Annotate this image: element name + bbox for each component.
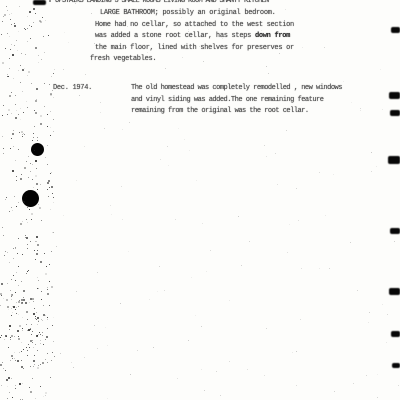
noise-speck (17, 50, 18, 51)
noise-speck (35, 100, 37, 102)
noise-speck (11, 335, 13, 337)
noise-speck (15, 95, 16, 96)
noise-speck (13, 275, 14, 276)
noise-speck (20, 108, 21, 109)
noise-speck (32, 378, 33, 379)
noise-speck (38, 62, 39, 63)
scan-artifact (389, 288, 400, 295)
noise-speck (261, 30, 262, 31)
noise-speck (47, 126, 48, 127)
noise-speck (18, 266, 19, 267)
noise-speck (71, 362, 72, 363)
noise-speck (104, 128, 105, 129)
noise-speck (100, 112, 101, 113)
noise-speck (33, 22, 34, 23)
noise-speck (266, 328, 267, 329)
noise-speck (23, 299, 25, 301)
noise-speck (178, 128, 179, 129)
noise-speck (63, 215, 64, 216)
noise-speck (21, 351, 22, 352)
noise-speck (20, 119, 21, 120)
noise-speck (14, 352, 15, 353)
noise-speck (32, 179, 33, 180)
scan-artifact (389, 92, 400, 99)
noise-speck (21, 360, 22, 361)
noise-speck (53, 73, 54, 74)
noise-speck (6, 379, 8, 381)
noise-speck (264, 145, 265, 146)
typewritten-line: and vinyl siding was added.The one remai… (131, 96, 323, 104)
noise-speck (53, 119, 54, 120)
noise-speck (43, 305, 44, 306)
scan-artifact (392, 363, 400, 368)
noise-speck (10, 290, 11, 291)
noise-speck (32, 342, 33, 343)
noise-speck (44, 52, 45, 53)
noise-speck (41, 59, 42, 60)
noise-speck (39, 332, 40, 333)
noise-speck (7, 398, 8, 399)
noise-speck (97, 272, 98, 273)
scan-artifact (33, 0, 46, 5)
noise-speck (11, 24, 12, 25)
noise-speck (14, 196, 15, 197)
noise-speck (54, 356, 55, 357)
noise-speck (21, 53, 22, 54)
noise-speck (20, 65, 21, 66)
noise-speck (11, 138, 12, 139)
noise-speck (33, 301, 34, 302)
noise-speck (10, 148, 11, 149)
noise-speck (302, 47, 303, 48)
noise-speck (47, 319, 48, 320)
noise-speck (50, 173, 51, 174)
noise-speck (30, 38, 31, 39)
noise-speck (35, 259, 36, 260)
noise-speck (9, 325, 11, 327)
noise-speck (15, 160, 16, 161)
noise-speck (229, 300, 230, 301)
noise-speck (29, 209, 30, 210)
noise-speck (16, 302, 17, 303)
noise-speck (31, 213, 33, 215)
noise-speck (122, 219, 123, 220)
noise-speck (127, 26, 128, 27)
noise-speck (50, 209, 51, 210)
noise-speck (11, 355, 13, 357)
noise-speck (3, 153, 4, 154)
typewritten-line: Home had no cellar, so attached to the w… (95, 21, 294, 29)
noise-speck (382, 304, 383, 305)
noise-speck (0, 305, 1, 306)
noise-speck (50, 111, 51, 112)
noise-speck (41, 319, 42, 320)
noise-speck (126, 47, 127, 48)
noise-speck (396, 230, 397, 231)
noise-speck (28, 156, 29, 157)
noise-speck (216, 371, 217, 372)
noise-speck (34, 364, 35, 365)
noise-speck (8, 76, 9, 77)
noise-speck (26, 196, 27, 197)
noise-speck (160, 159, 161, 160)
typewritten-line-prefix: was added a stone root cellar, has steps (95, 32, 255, 40)
noise-speck (188, 29, 189, 30)
noise-speck (37, 288, 38, 289)
noise-speck (296, 351, 297, 352)
noise-speck (0, 337, 1, 338)
noise-speck (35, 175, 37, 177)
noise-speck (25, 237, 26, 238)
noise-speck (16, 272, 17, 273)
noise-speck (56, 246, 57, 247)
noise-speck (3, 148, 4, 149)
noise-speck (42, 17, 43, 18)
noise-speck (20, 223, 22, 225)
noise-speck (35, 318, 36, 319)
noise-speck (33, 133, 34, 134)
noise-speck (11, 294, 13, 296)
noise-speck (29, 387, 30, 388)
noise-speck (49, 0, 51, 2)
typewritten-line: The old homestead was completely remodel… (131, 84, 342, 92)
noise-speck (277, 184, 278, 185)
noise-speck (75, 3, 76, 4)
noise-speck (51, 360, 52, 361)
noise-speck (26, 101, 27, 102)
noise-speck (23, 290, 25, 292)
noise-speck (38, 280, 39, 281)
noise-speck (167, 146, 168, 147)
noise-speck (27, 330, 28, 331)
noise-speck (195, 315, 196, 316)
noise-speck (2, 362, 3, 363)
noise-speck (16, 40, 17, 41)
noise-speck (15, 280, 16, 281)
scanned-document-page: UPSTAIRS LANDING 3 SMALL ROOMS LIVING RO… (0, 0, 400, 400)
noise-speck (29, 11, 31, 13)
noise-speck (8, 309, 9, 310)
noise-speck (36, 99, 37, 100)
noise-speck (40, 115, 42, 117)
noise-speck (201, 326, 202, 327)
noise-speck (34, 355, 35, 356)
typewritten-line: was added a stone root cellar, has steps… (95, 32, 290, 40)
noise-speck (16, 180, 17, 181)
noise-speck (38, 55, 39, 56)
noise-speck (319, 172, 320, 173)
noise-speck (49, 84, 50, 85)
noise-speck (27, 16, 28, 17)
noise-speck (7, 306, 9, 308)
noise-speck (52, 232, 53, 233)
noise-speck (3, 235, 4, 236)
noise-speck (10, 19, 11, 20)
noise-speck (18, 202, 19, 203)
noise-speck (27, 350, 28, 351)
noise-speck (1, 283, 3, 285)
noise-speck (50, 135, 51, 136)
noise-speck (16, 110, 17, 111)
noise-speck (21, 131, 23, 133)
noise-speck (165, 68, 166, 69)
noise-speck (35, 13, 36, 14)
noise-speck (53, 232, 54, 233)
noise-speck (368, 322, 369, 323)
noise-speck (14, 358, 15, 359)
noise-speck (164, 290, 165, 291)
noise-speck (94, 325, 95, 326)
noise-speck (20, 178, 22, 180)
noise-speck (32, 140, 33, 141)
noise-speck (79, 95, 80, 96)
noise-speck (18, 149, 19, 150)
noise-speck (42, 0, 44, 2)
noise-speck (33, 347, 34, 348)
noise-speck (21, 366, 23, 368)
noise-speck (333, 174, 334, 175)
noise-speck (6, 197, 7, 198)
noise-speck (149, 299, 150, 300)
entry-date-label: Dec. 1974. (53, 84, 92, 92)
noise-speck (15, 360, 16, 361)
noise-speck (45, 273, 47, 275)
noise-speck (37, 189, 38, 190)
noise-speck (18, 314, 19, 315)
noise-speck (38, 365, 39, 366)
noise-speck (17, 360, 19, 362)
noise-speck (41, 220, 42, 221)
noise-speck (47, 145, 48, 146)
noise-speck (42, 332, 43, 333)
noise-speck (32, 298, 34, 300)
noise-speck (157, 291, 158, 292)
noise-speck (12, 397, 13, 398)
noise-speck (28, 270, 29, 271)
noise-speck (220, 395, 221, 396)
noise-speck (47, 362, 48, 363)
noise-speck (24, 28, 25, 29)
noise-speck (394, 241, 395, 242)
noise-speck (11, 13, 12, 14)
noise-speck (51, 251, 52, 252)
noise-speck (264, 375, 265, 376)
noise-speck (8, 109, 10, 111)
noise-speck (107, 345, 108, 346)
noise-speck (247, 369, 248, 370)
noise-speck (47, 293, 49, 295)
noise-speck (40, 123, 42, 125)
noise-speck (22, 302, 23, 303)
noise-speck (153, 347, 154, 348)
noise-speck (18, 31, 19, 32)
noise-speck (324, 47, 325, 48)
noise-speck (31, 324, 32, 325)
noise-speck (14, 336, 15, 337)
noise-speck (37, 137, 38, 138)
noise-speck (7, 33, 8, 34)
noise-speck (18, 285, 19, 286)
noise-speck (203, 107, 204, 108)
noise-speck (31, 26, 32, 27)
noise-speck (33, 187, 34, 188)
noise-speck (289, 224, 290, 225)
noise-speck (3, 105, 4, 106)
noise-speck (22, 221, 23, 222)
noise-speck (53, 131, 54, 132)
noise-speck (18, 238, 19, 239)
noise-speck (188, 31, 189, 32)
noise-speck (64, 32, 65, 33)
noise-speck (31, 83, 32, 84)
noise-speck (28, 71, 30, 73)
noise-speck (48, 196, 49, 197)
noise-speck (137, 350, 138, 351)
noise-speck (229, 361, 230, 362)
noise-speck (76, 291, 77, 292)
noise-speck (20, 82, 21, 83)
noise-speck (8, 347, 9, 348)
noise-speck (37, 350, 38, 351)
noise-speck (29, 302, 30, 303)
noise-speck (19, 383, 21, 385)
noise-speck (30, 329, 31, 330)
noise-speck (11, 92, 12, 93)
noise-speck (343, 81, 344, 82)
noise-speck (36, 168, 37, 169)
noise-speck (18, 70, 19, 71)
noise-speck (18, 306, 19, 307)
noise-speck (22, 69, 24, 71)
noise-speck (287, 252, 288, 253)
scan-artifact (390, 110, 400, 116)
noise-speck (45, 339, 46, 340)
noise-speck (43, 396, 44, 397)
noise-speck (11, 299, 12, 300)
noise-speck (42, 362, 44, 364)
noise-speck (16, 176, 17, 177)
noise-speck (35, 112, 37, 114)
noise-speck (201, 369, 202, 370)
noise-speck (6, 299, 8, 301)
noise-speck (42, 335, 43, 336)
noise-speck (3, 16, 4, 17)
noise-speck (14, 45, 15, 46)
noise-speck (34, 126, 35, 127)
scan-artifact (388, 156, 400, 164)
noise-speck (63, 69, 64, 70)
noise-speck (76, 180, 77, 181)
noise-speck (0, 293, 2, 295)
noise-speck (168, 165, 169, 166)
noise-speck (175, 219, 176, 220)
noise-speck (0, 364, 2, 366)
noise-speck (4, 14, 6, 16)
noise-speck (47, 353, 48, 354)
noise-speck (11, 279, 12, 280)
noise-speck (53, 97, 54, 98)
noise-speck (128, 251, 129, 252)
noise-speck (27, 28, 28, 29)
noise-speck (11, 113, 12, 114)
noise-speck (23, 201, 25, 203)
noise-speck (35, 344, 36, 345)
typewritten-line: LARGE BATHROOM; possibly an original bed… (100, 9, 276, 17)
noise-speck (48, 35, 49, 36)
noise-speck (30, 298, 32, 300)
noise-speck (9, 329, 10, 330)
noise-speck (2, 136, 3, 137)
noise-speck (6, 6, 7, 7)
noise-speck (45, 315, 46, 316)
noise-speck (37, 367, 39, 369)
noise-speck (25, 302, 27, 304)
noise-speck (7, 74, 8, 75)
noise-speck (13, 258, 14, 259)
noise-speck (2, 115, 3, 116)
noise-speck (26, 237, 28, 239)
noise-speck (35, 160, 37, 162)
noise-speck (47, 289, 48, 290)
noise-speck (12, 312, 13, 313)
noise-speck (10, 339, 11, 340)
noise-speck (121, 186, 122, 187)
noise-speck (47, 114, 48, 115)
noise-speck (22, 254, 23, 255)
noise-speck (60, 353, 61, 354)
noise-speck (275, 153, 276, 154)
noise-speck (27, 107, 28, 108)
noise-speck (34, 250, 35, 251)
noise-speck (24, 68, 25, 69)
noise-speck (40, 334, 41, 335)
noise-speck (1, 385, 2, 386)
noise-speck (7, 10, 8, 11)
noise-speck (27, 355, 28, 356)
noise-speck (19, 6, 20, 7)
noise-speck (1, 335, 2, 336)
noise-speck (35, 398, 36, 399)
noise-speck (26, 347, 27, 348)
noise-speck (222, 38, 223, 39)
noise-speck (369, 312, 370, 313)
noise-speck (30, 340, 32, 342)
noise-speck (19, 132, 20, 133)
noise-speck (46, 336, 48, 338)
noise-speck (30, 163, 31, 164)
noise-speck (27, 248, 28, 249)
noise-speck (15, 292, 16, 293)
noise-speck (26, 161, 27, 162)
noise-speck (45, 20, 46, 21)
noise-speck (13, 78, 14, 79)
noise-speck (52, 193, 53, 194)
noise-speck (36, 88, 38, 90)
noise-speck (43, 344, 44, 345)
noise-speck (177, 378, 178, 379)
noise-speck (5, 48, 6, 49)
noise-speck (91, 13, 92, 14)
noise-speck (15, 117, 17, 119)
noise-speck (1, 34, 2, 35)
noise-speck (45, 359, 46, 360)
noise-speck (398, 385, 399, 386)
noise-speck (47, 164, 48, 165)
noise-speck (210, 250, 211, 251)
noise-speck (382, 109, 383, 110)
noise-speck (18, 336, 19, 337)
noise-speck (37, 277, 38, 278)
